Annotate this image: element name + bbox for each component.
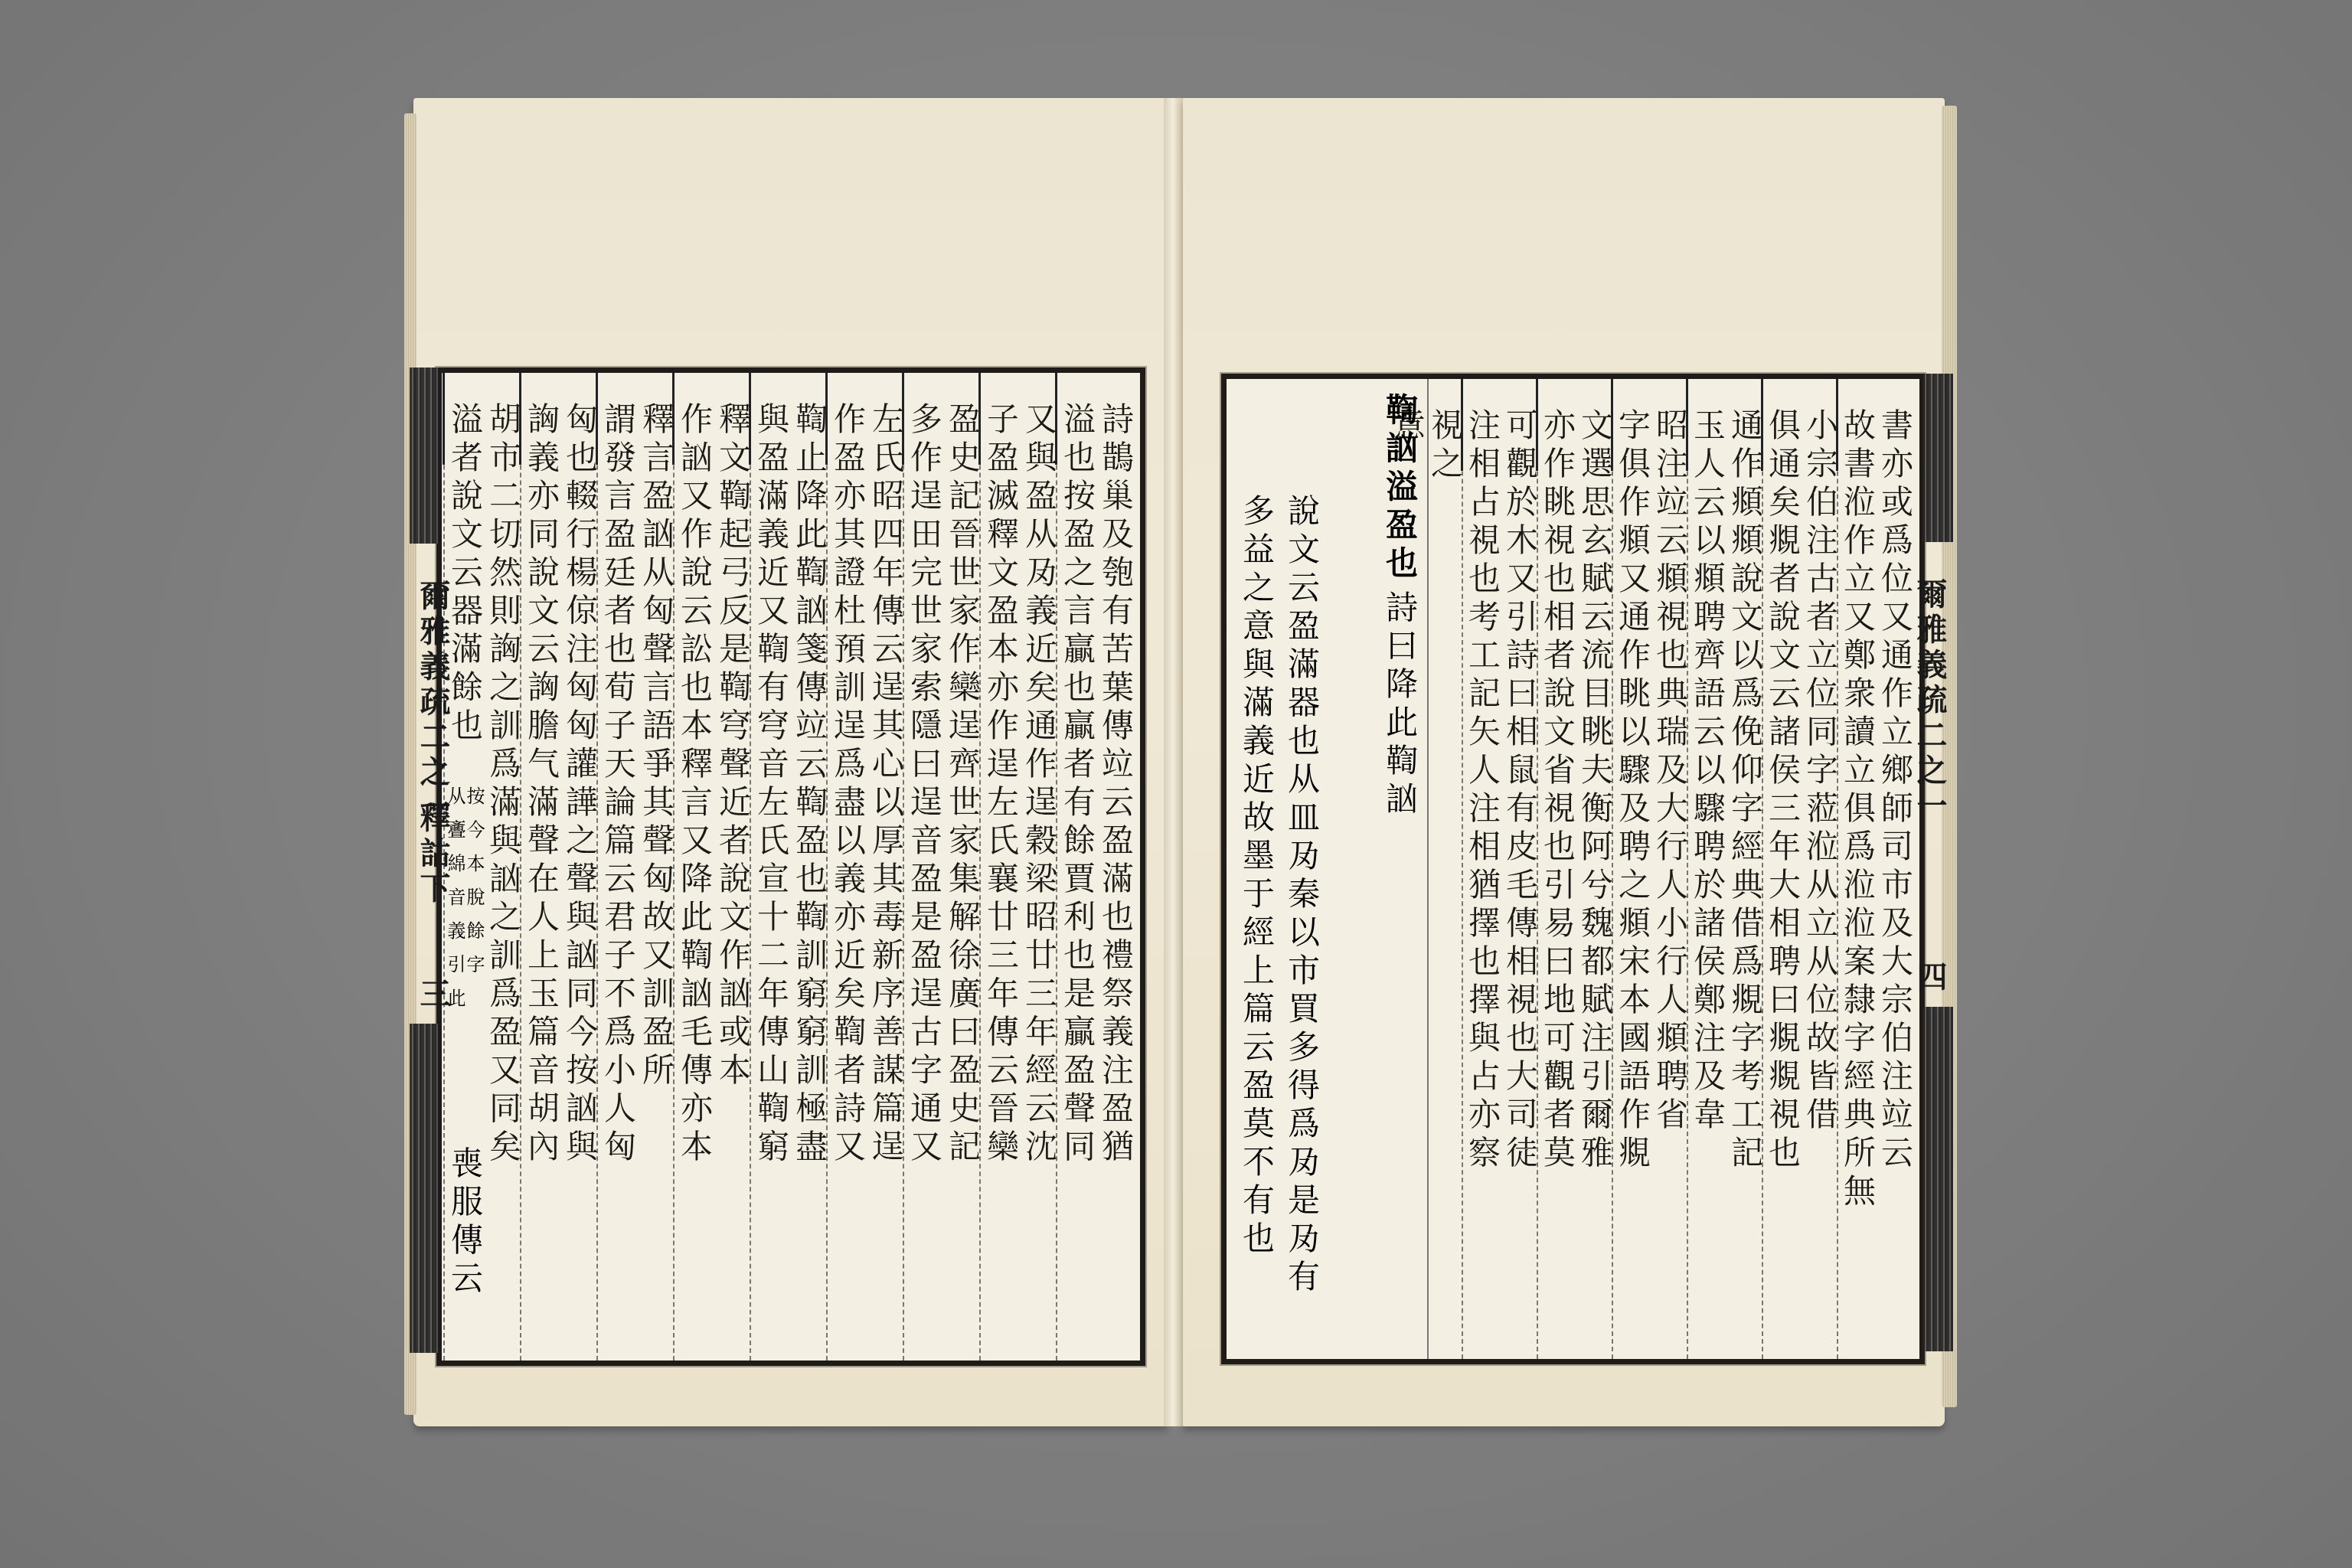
text-column: 亦作眺視也相者說文省視也引易曰地可觀者莫 [1538, 379, 1576, 1359]
margin-fishtail-lower [410, 1024, 439, 1353]
text-column: 玉人云以頫聘齊語云以驟聘於諸侯鄭注及韋 [1688, 379, 1726, 1359]
text-column: 鞫止降此鞫訩箋傳竝云鞫盈也鞫訓窮窮訓極盡 [789, 373, 828, 1361]
column-rule-top [443, 373, 445, 465]
text-column: 作盈亦其證杜預訓逞爲盡以義亦近矣鞫者詩又 [828, 373, 866, 1361]
right-page: 爾雅義疏二之一 四 書亦或爲位又通作立鄉師司市及大宗伯注竝云故書涖作立又鄭衆讀立… [1183, 98, 1945, 1426]
right-print-frame: 爾雅義疏二之一 四 書亦或爲位又通作立鄉師司市及大宗伯注竝云故書涖作立又鄭衆讀立… [1221, 374, 1925, 1364]
text-column: 與盈滿義近又鞫有穹音左氏宣十二年傳山鞫窮 [751, 373, 789, 1361]
text-column: 釋文鞫起弓反是鞫穹聲近者說文作訩或本 [713, 373, 751, 1361]
entry-note-right: 詩曰降此鞫訩 [1382, 590, 1418, 820]
text-column: 胡市二切然則詾之訓爲滿與訩之訓爲盈又同矣 [483, 373, 521, 1361]
entry-note-left-b: 多益之意與滿義近故墨于經上篇云盈莫不有也 [1239, 494, 1275, 1298]
column-rule [1427, 379, 1429, 1359]
text-column: 俱通矣覜者說文云諸侯三年大相聘曰覜覜視也 [1763, 379, 1801, 1359]
text-column: 作訩又作說云訟也本釋言又降此鞫訩毛傳亦本 [675, 373, 713, 1361]
margin-fishtail-upper [410, 367, 439, 544]
text-column: 通作頫頫說文以爲俛仰字經典借爲覜字考工記 [1726, 379, 1763, 1359]
text-column: 釋言盈訩从匈聲言語爭其聲匈故又訓盈所 [636, 373, 675, 1361]
text-column: 書亦或爲位又通作立鄉師司市及大宗伯注竝云 [1876, 379, 1913, 1359]
text-column: 子盈滅釋文盈本亦作逞左氏襄廿三年傳云晉欒 [981, 373, 1019, 1361]
text-column: 左氏昭四年傳云逞其心以厚其毒新序善謀篇逞 [866, 373, 904, 1361]
text-column: 詩鵲巢及匏有苦葉傳竝云盈滿也禮祭義注盈猶 [1096, 373, 1134, 1361]
text-column: 視之 [1426, 379, 1463, 1359]
entry-block: 鞫訩溢盈也 詩曰降此鞫訩 說文云盈滿器也从皿夃秦以市買多得爲夃是夃有 多益之意與… [1234, 379, 1426, 1359]
text-column: 昭注竝云頫視也典瑞及大行人小行人頫聘省 [1651, 379, 1688, 1359]
margin-fishtail-upper [1922, 374, 1953, 542]
open-book: 爾雅義疏二之一 釋詁下 三 詩鵲巢及匏有苦葉傳竝云盈滿也禮祭義注盈猶溢也按盈之言… [413, 98, 1945, 1430]
text-column: 詾義亦同說文云詾膽气滿聲在人上玉篇音胡內 [521, 373, 560, 1361]
text-column: 字俱作頫又通作眺以驟及聘之頫宋本國語作覜 [1613, 379, 1651, 1359]
text-column: 溢也按盈之言贏也贏者有餘賈利也是贏盈聲同 [1057, 373, 1096, 1361]
text-column: 謂發言盈廷者也荀子天論篇云君子不爲小人匈 [598, 373, 636, 1361]
text-column: 盈史記晉世家作欒逞齊世家集解徐廣曰盈史記 [942, 373, 981, 1361]
entry-note-block: 說文云盈滿器也从皿夃秦以市買多得爲夃是夃有 多益之意與滿義近故墨于經上篇云盈莫不… [1239, 494, 1320, 1298]
margin-fishtail-lower [1922, 1007, 1953, 1351]
left-page: 爾雅義疏二之一 釋詁下 三 詩鵲巢及匏有苦葉傳竝云盈滿也禮祭義注盈猶溢也按盈之言… [413, 98, 1168, 1426]
inline-note-a: 按今本脫餘字 [464, 786, 483, 1022]
text-column: 匈也輟行楊倞注匈匈讙譁之聲與訩同今按訩與 [560, 373, 598, 1361]
text-column: 又與盈从夃義近矣通作逞穀梁昭廿三年經云沈 [1019, 373, 1057, 1361]
entry-headword: 鞫訩溢盈也 [1382, 393, 1418, 584]
text-column: 故書涖作立又鄭衆讀立俱爲涖涖案隸字經典所無 [1838, 379, 1876, 1359]
text-column: 文選思玄賦云流目眺夫衡阿兮魏都賦注引爾雅 [1576, 379, 1613, 1359]
left-text-columns: 詩鵲巢及匏有苦葉傳竝云盈滿也禮祭義注盈猶溢也按盈之言贏也贏者有餘賈利也是贏盈聲同… [442, 373, 1140, 1361]
inline-double-note: 按今本脫餘字从斖綿音義引此 [445, 786, 483, 1022]
headword-column: 鞫訩溢盈也 詩曰降此鞫訩 [1382, 393, 1418, 820]
last-strip-tail: 喪服傳云 [445, 1146, 483, 1299]
entry-note-left-a: 說文云盈滿器也从皿夃秦以市買多得爲夃是夃有 [1284, 494, 1320, 1298]
text-column: 注相占視也考工記矢人注相猶擇也擇與占亦察 [1463, 379, 1501, 1359]
left-print-frame: 爾雅義疏二之一 釋詁下 三 詩鵲巢及匏有苦葉傳竝云盈滿也禮祭義注盈猶溢也按盈之言… [436, 367, 1145, 1366]
inline-note-b: 从斖綿音義引此 [445, 786, 464, 1022]
text-column: 可觀於木又引詩曰相鼠有皮毛傳相視也大司徒 [1501, 379, 1538, 1359]
text-column: 小宗伯注古者立位同字蒞涖从立从位故皆借 [1801, 379, 1838, 1359]
text-column: 多作逞田完世家索隱曰逞音盈是盈逞古字通又 [904, 373, 942, 1361]
